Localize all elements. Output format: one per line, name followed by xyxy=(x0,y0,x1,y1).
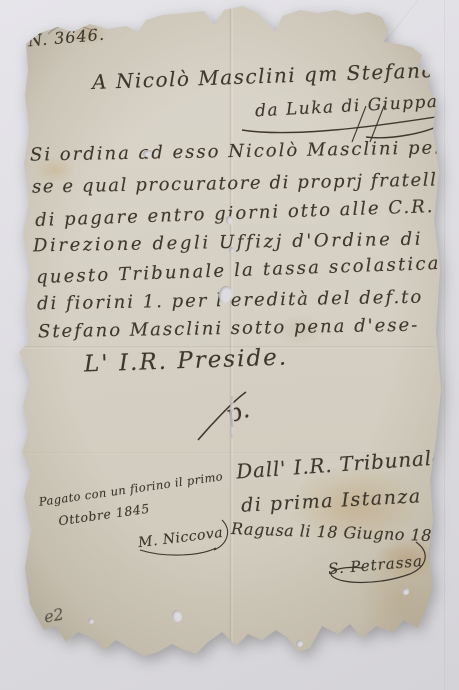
photo-of-manuscript: N. 3646. A Nicolò Masclini qm Stefano da… xyxy=(0,0,459,690)
right-note-line1: Dall' I.R. Tribunale. xyxy=(235,445,452,484)
reference-number: N. 3646. xyxy=(27,25,105,51)
paper-hole xyxy=(226,216,233,225)
left-signature-flourish xyxy=(130,516,240,560)
right-note-line2: di prima Istanza xyxy=(241,485,423,516)
corner-mark: e2 xyxy=(42,604,65,626)
body-line: di pagare entro giorni otto alle C.R. xyxy=(35,196,435,231)
body-line: se e qual procuratore di proprj fratelli xyxy=(32,169,445,197)
right-signature-flourish xyxy=(316,540,436,592)
issuer-line: L' I.R. Preside. xyxy=(84,344,289,377)
body-line: Direzione degli Uffizj d'Ordine di xyxy=(33,229,424,257)
paper-hole xyxy=(352,635,358,644)
paper-hole xyxy=(402,588,409,595)
manuscript-paper: N. 3646. A Nicolò Masclini qm Stefano da… xyxy=(0,0,459,690)
paper-hole xyxy=(296,640,303,647)
body-line: questo Tribunale la tassa scolastica xyxy=(36,253,441,288)
body-line: Stefano Masclini sotto pena d'ese- xyxy=(38,315,420,343)
paper-shadow-wrap: N. 3646. A Nicolò Masclini qm Stefano da… xyxy=(0,0,459,690)
body-line: Si ordina ad esso Nicolò Masclini per xyxy=(30,137,445,165)
salutation-line: A Nicolò Masclini qm Stefano xyxy=(92,58,436,94)
paper-hole xyxy=(229,247,234,254)
paper-hole xyxy=(88,618,94,624)
fold-abrasion-streak xyxy=(230,396,234,438)
paper-hole xyxy=(172,610,182,622)
